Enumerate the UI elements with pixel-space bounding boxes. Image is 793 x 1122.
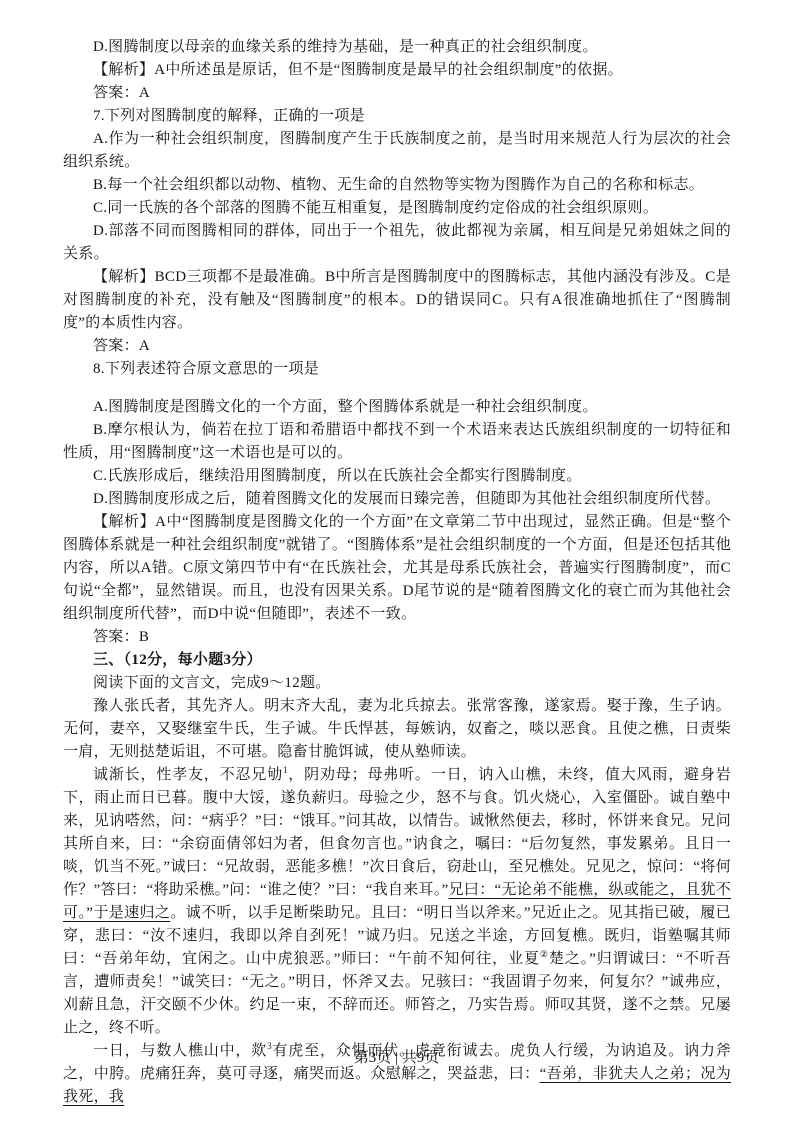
q7-answer: 答案：A — [63, 335, 731, 358]
document-content: D.图腾制度以母亲的血缘关系的维持为基础，是一种真正的社会组织制度。 【解析】A… — [63, 36, 731, 1109]
passage-run: ，阴劝母；母弗听。一日，讷入山樵，未终，值大风雨，避身岩下，雨止而日已暮。腹中大… — [63, 767, 731, 898]
q8-option-b: B.摩尔根认为，倘若在拉丁语和希腊语中都找不到一个术语来表达氏族组织制度的一切特… — [63, 419, 731, 465]
passage-paragraph-1: 豫人张氏者，其先齐人。明末齐大乱，妻为北兵掠去。张常客豫，遂家焉。娶于豫，生子讷… — [63, 695, 731, 764]
q6-option-d: D.图腾制度以母亲的血缘关系的维持为基础，是一种真正的社会组织制度。 — [63, 36, 731, 59]
q7-option-c: C.同一氏族的各个部落的图腾不能互相重复，是图腾制度约定俗成的社会组织原则。 — [63, 197, 731, 220]
q7-option-d: D.部落不同而图腾相同的群体，同出于一个祖先，彼此都视为亲属，相互间是兄弟姐妹之… — [63, 220, 731, 266]
q8-option-a: A.图腾制度是图腾文化的一个方面，整个图腾体系就是一种社会组织制度。 — [63, 396, 731, 419]
q8-analysis: 【解析】A中“图腾制度是图腾文化的一个方面”在文章第二节中出现过，显然正确。但是… — [63, 511, 731, 626]
q8-option-c: C.氏族形成后，继续沿用图腾制度，所以在氏族社会全都实行图腾制度。 — [63, 465, 731, 488]
q8-stem: 8.下列表述符合原文意思的一项是 — [63, 358, 731, 381]
q8-option-d: D.图腾制度形成之后，随着图腾文化的发展而日臻完善，但随即为其他社会组织制度所代… — [63, 488, 731, 511]
document-page: D.图腾制度以母亲的血缘关系的维持为基础，是一种真正的社会组织制度。 【解析】A… — [0, 0, 793, 1122]
reading-instruction: 阅读下面的文言文，完成9～12题。 — [63, 672, 731, 695]
q8-answer: 答案：B — [63, 626, 731, 649]
q6-answer: 答案：A — [63, 82, 731, 105]
page-footer: 第3页 | 共9页 — [0, 1046, 793, 1067]
footnote-marker-2: ② — [540, 949, 549, 959]
q6-analysis: 【解析】A中所述虽是原话，但不是“图腾制度是最早的社会组织制度”的依据。 — [63, 59, 731, 82]
q7-stem: 7.下列对图腾制度的解释，正确的一项是 — [63, 105, 731, 128]
q7-option-b: B.每一个社会组织都以动物、植物、无生命的自然物等实物为图腾作为自己的名称和标志… — [63, 174, 731, 197]
passage-paragraph-2: 诚渐长，性孝友，不忍兄劬1，阴劝母；母弗听。一日，讷入山樵，未终，值大风雨，避身… — [63, 764, 731, 1040]
q7-option-a: A.作为一种社会组织制度，图腾制度产生于氏族制度之前，是当时用来规范人行为层次的… — [63, 128, 731, 174]
passage-run: 诚渐长，性孝友，不忍兄劬 — [93, 767, 283, 783]
q7-analysis: 【解析】BCD三项都不是最准确。B中所言是图腾制度中的图腾标志，其他内涵没有涉及… — [63, 266, 731, 335]
section-3-heading: 三、（12分，每小题3分） — [63, 649, 731, 672]
